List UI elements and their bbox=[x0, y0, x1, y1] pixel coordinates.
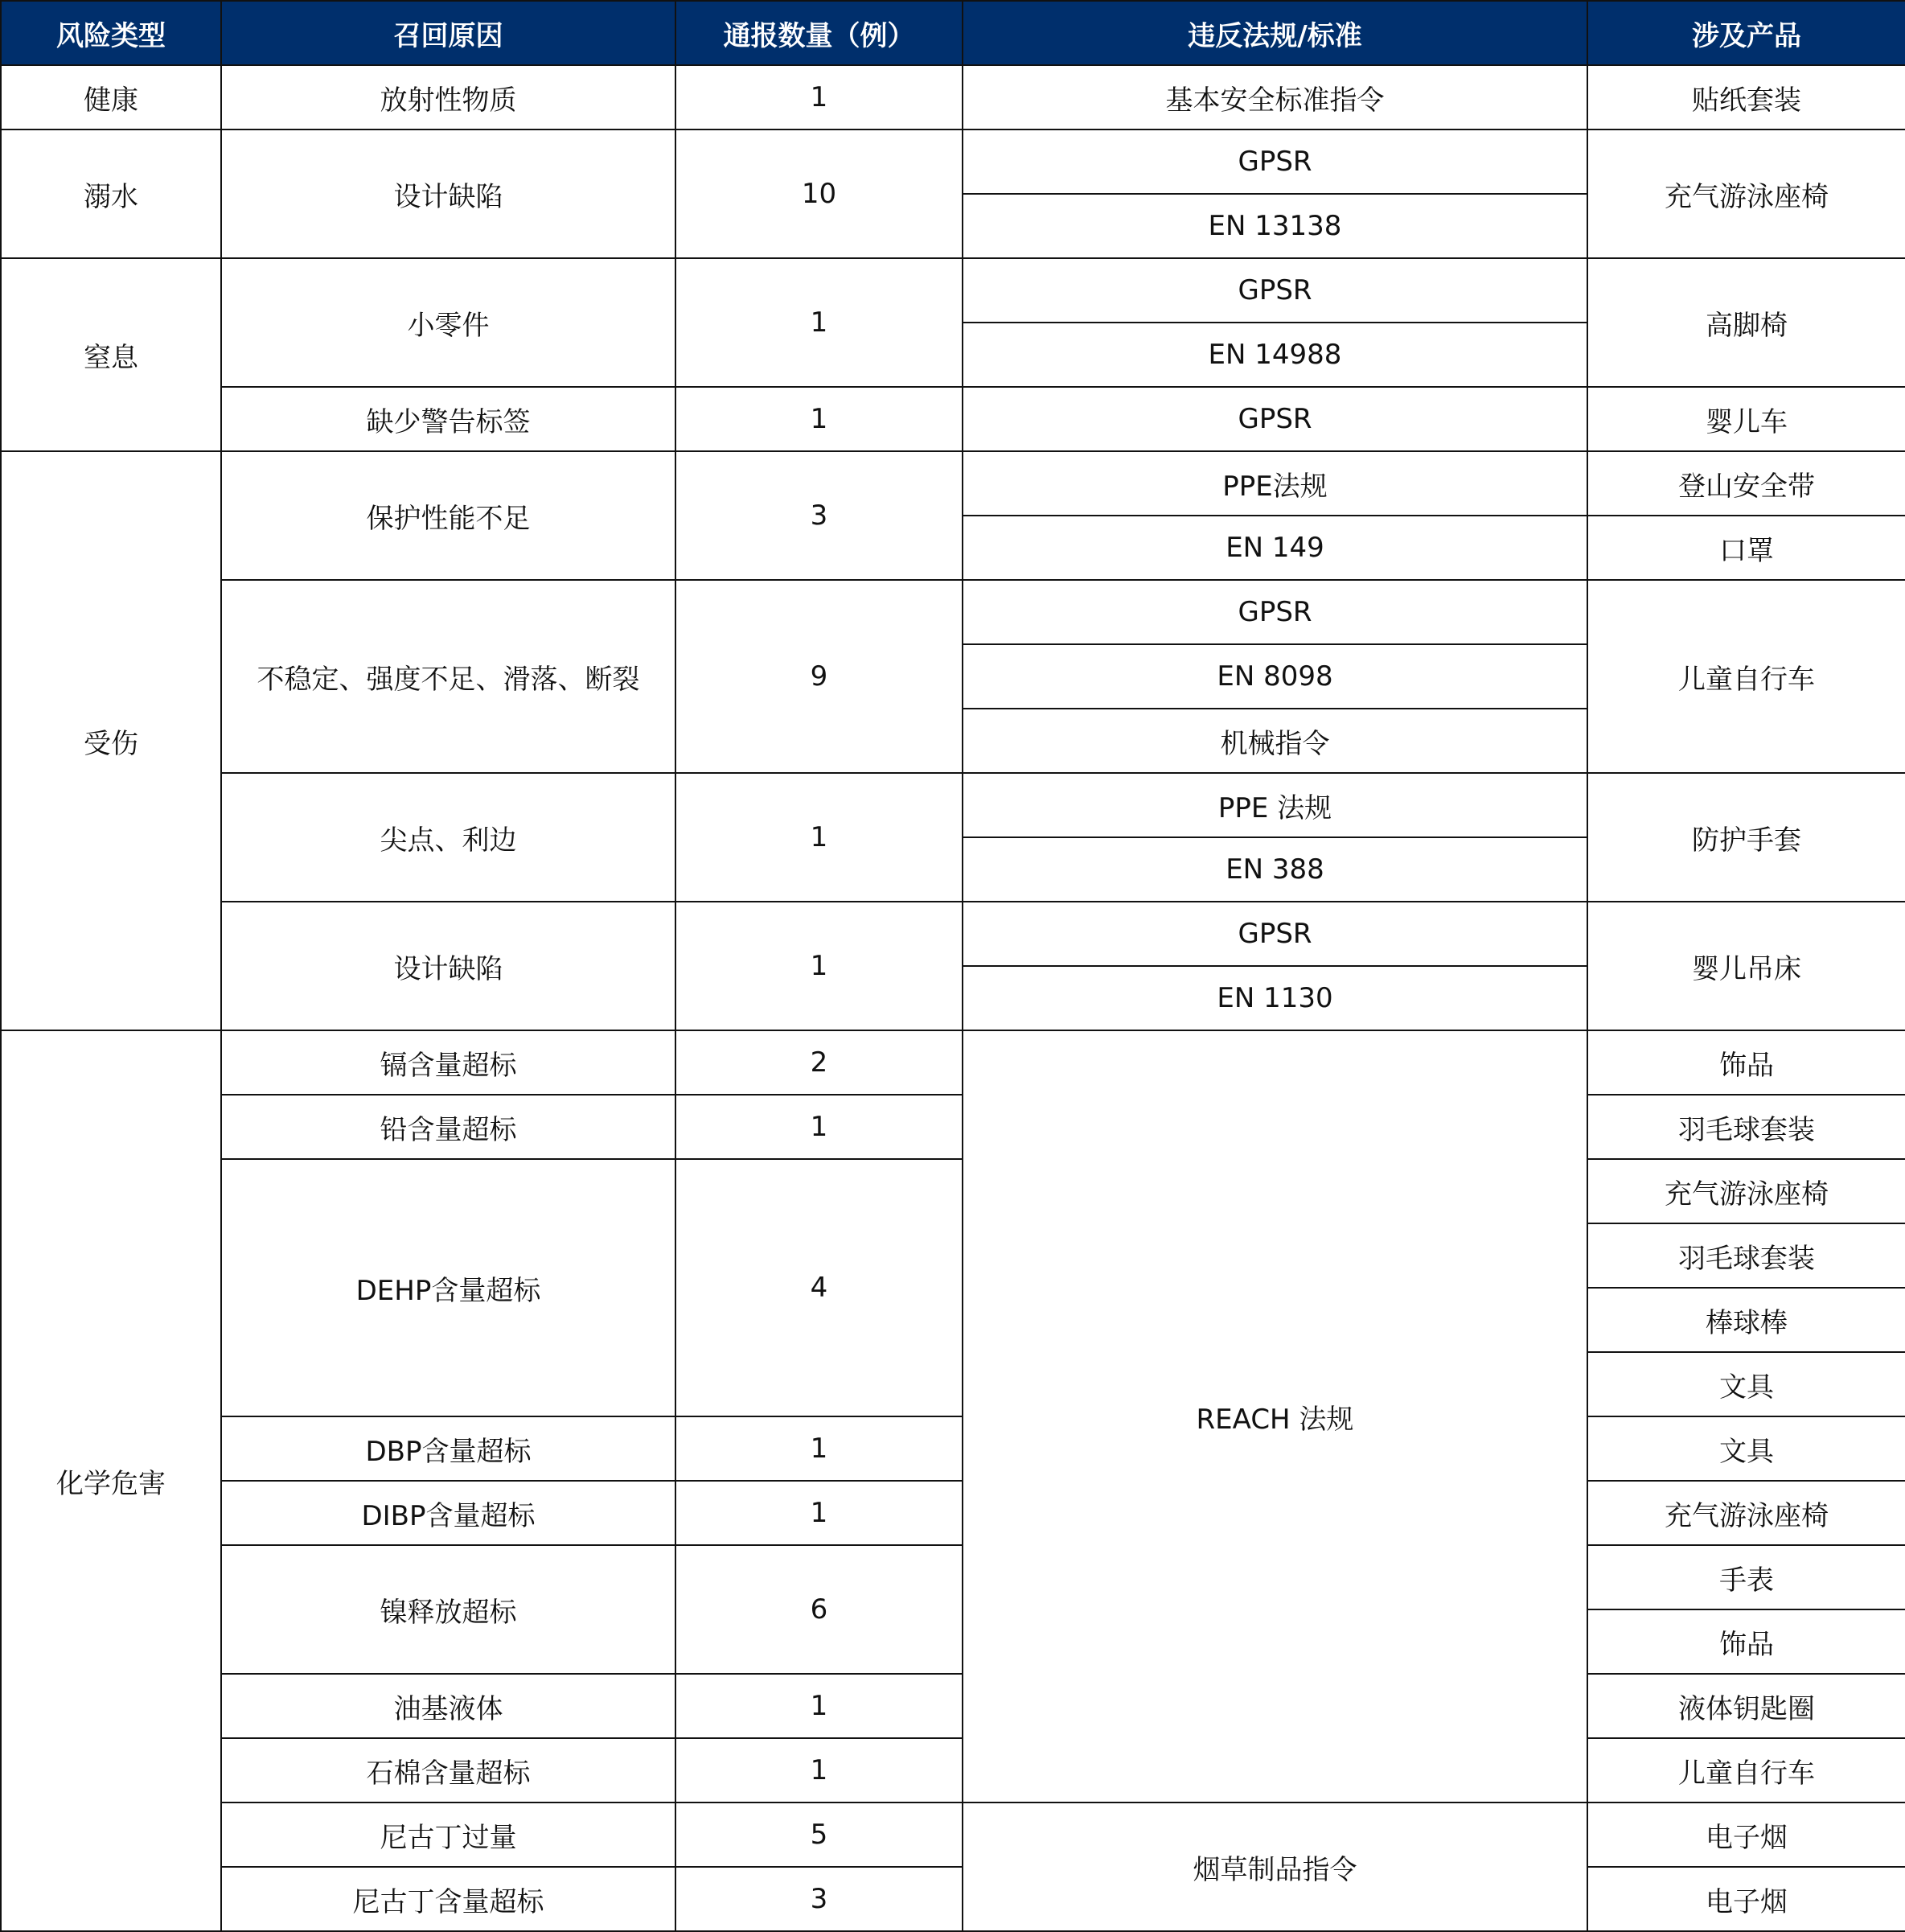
column-header: 涉及产品 bbox=[1588, 2, 1905, 66]
recall-table: 风险类型召回原因通报数量（例）违反法规/标准涉及产品健康溺水窒息受伤化学危害放射… bbox=[0, 0, 1905, 1932]
report-count-cell: 1 bbox=[676, 66, 963, 130]
recall-reason-cell: 放射性物质 bbox=[222, 66, 676, 130]
recall-reason-cell: 设计缺陷 bbox=[222, 902, 676, 1031]
report-count-cell: 1 bbox=[676, 1095, 963, 1160]
recall-reason-cell: 缺少警告标签 bbox=[222, 388, 676, 452]
regulation-cell: GPSR bbox=[963, 130, 1588, 195]
product-cell: 棒球棒 bbox=[1588, 1289, 1905, 1353]
report-count-cell: 5 bbox=[676, 1803, 963, 1868]
risk-type-cell: 化学危害 bbox=[2, 1031, 222, 1932]
column-header: 风险类型 bbox=[2, 2, 222, 66]
column-header: 召回原因 bbox=[222, 2, 676, 66]
regulation-cell: GPSR bbox=[963, 581, 1588, 645]
column-header: 通报数量（例） bbox=[676, 2, 963, 66]
product-cell: 饰品 bbox=[1588, 1031, 1905, 1095]
report-count-cell: 4 bbox=[676, 1160, 963, 1417]
regulation-cell: GPSR bbox=[963, 388, 1588, 452]
recall-reason-cell: 保护性能不足 bbox=[222, 452, 676, 581]
product-cell: 充气游泳座椅 bbox=[1588, 1482, 1905, 1546]
regulation-cell: EN 13138 bbox=[963, 195, 1588, 259]
recall-reason-cell: 设计缺陷 bbox=[222, 130, 676, 259]
regulation-cell: EN 14988 bbox=[963, 323, 1588, 388]
report-count-cell: 1 bbox=[676, 259, 963, 388]
regulation-cell: GPSR bbox=[963, 259, 1588, 323]
product-cell: 儿童自行车 bbox=[1588, 581, 1905, 774]
product-cell: 文具 bbox=[1588, 1417, 1905, 1482]
regulation-cell: 基本安全标准指令 bbox=[963, 66, 1588, 130]
product-cell: 文具 bbox=[1588, 1353, 1905, 1417]
regulation-cell: EN 8098 bbox=[963, 645, 1588, 709]
report-count-cell: 9 bbox=[676, 581, 963, 774]
risk-type-cell: 窒息 bbox=[2, 259, 222, 452]
product-cell: 贴纸套装 bbox=[1588, 66, 1905, 130]
product-cell: 婴儿吊床 bbox=[1588, 902, 1905, 1031]
product-cell: 液体钥匙圈 bbox=[1588, 1675, 1905, 1739]
regulation-cell: GPSR bbox=[963, 902, 1588, 967]
product-cell: 防护手套 bbox=[1588, 774, 1905, 902]
report-count-cell: 1 bbox=[676, 388, 963, 452]
product-cell: 电子烟 bbox=[1588, 1803, 1905, 1868]
product-cell: 婴儿车 bbox=[1588, 388, 1905, 452]
regulation-cell: REACH 法规 bbox=[963, 1031, 1588, 1803]
recall-reason-cell: 镉含量超标 bbox=[222, 1031, 676, 1095]
recall-reason-cell: DEHP含量超标 bbox=[222, 1160, 676, 1417]
product-cell: 充气游泳座椅 bbox=[1588, 130, 1905, 259]
recall-reason-cell: 尖点、利边 bbox=[222, 774, 676, 902]
regulation-cell: EN 388 bbox=[963, 838, 1588, 902]
risk-type-cell: 健康 bbox=[2, 66, 222, 130]
product-cell: 电子烟 bbox=[1588, 1868, 1905, 1932]
report-count-cell: 6 bbox=[676, 1546, 963, 1675]
product-cell: 高脚椅 bbox=[1588, 259, 1905, 388]
recall-reason-cell: 铅含量超标 bbox=[222, 1095, 676, 1160]
report-count-cell: 3 bbox=[676, 1868, 963, 1932]
report-count-cell: 1 bbox=[676, 902, 963, 1031]
recall-reason-cell: 镍释放超标 bbox=[222, 1546, 676, 1675]
recall-reason-cell: 石棉含量超标 bbox=[222, 1739, 676, 1803]
recall-reason-cell: 尼古丁过量 bbox=[222, 1803, 676, 1868]
report-count-cell: 1 bbox=[676, 1417, 963, 1482]
recall-reason-cell: 油基液体 bbox=[222, 1675, 676, 1739]
report-count-cell: 3 bbox=[676, 452, 963, 581]
product-cell: 羽毛球套装 bbox=[1588, 1224, 1905, 1289]
recall-reason-cell: DIBP含量超标 bbox=[222, 1482, 676, 1546]
regulation-cell: PPE 法规 bbox=[963, 774, 1588, 838]
recall-reason-cell: 小零件 bbox=[222, 259, 676, 388]
report-count-cell: 1 bbox=[676, 1739, 963, 1803]
column-header: 违反法规/标准 bbox=[963, 2, 1588, 66]
product-cell: 登山安全带 bbox=[1588, 452, 1905, 516]
product-cell: 口罩 bbox=[1588, 516, 1905, 581]
product-cell: 手表 bbox=[1588, 1546, 1905, 1610]
risk-type-cell: 受伤 bbox=[2, 452, 222, 1031]
product-cell: 儿童自行车 bbox=[1588, 1739, 1905, 1803]
recall-reason-cell: 尼古丁含量超标 bbox=[222, 1868, 676, 1932]
report-count-cell: 2 bbox=[676, 1031, 963, 1095]
regulation-cell: 机械指令 bbox=[963, 709, 1588, 774]
report-count-cell: 1 bbox=[676, 774, 963, 902]
report-count-cell: 10 bbox=[676, 130, 963, 259]
regulation-cell: EN 1130 bbox=[963, 967, 1588, 1031]
report-count-cell: 1 bbox=[676, 1675, 963, 1739]
risk-type-cell: 溺水 bbox=[2, 130, 222, 259]
product-cell: 饰品 bbox=[1588, 1610, 1905, 1675]
regulation-cell: EN 149 bbox=[963, 516, 1588, 581]
regulation-cell: 烟草制品指令 bbox=[963, 1803, 1588, 1932]
regulation-cell: PPE法规 bbox=[963, 452, 1588, 516]
report-count-cell: 1 bbox=[676, 1482, 963, 1546]
product-cell: 充气游泳座椅 bbox=[1588, 1160, 1905, 1224]
recall-reason-cell: 不稳定、强度不足、滑落、断裂 bbox=[222, 581, 676, 774]
product-cell: 羽毛球套装 bbox=[1588, 1095, 1905, 1160]
recall-reason-cell: DBP含量超标 bbox=[222, 1417, 676, 1482]
